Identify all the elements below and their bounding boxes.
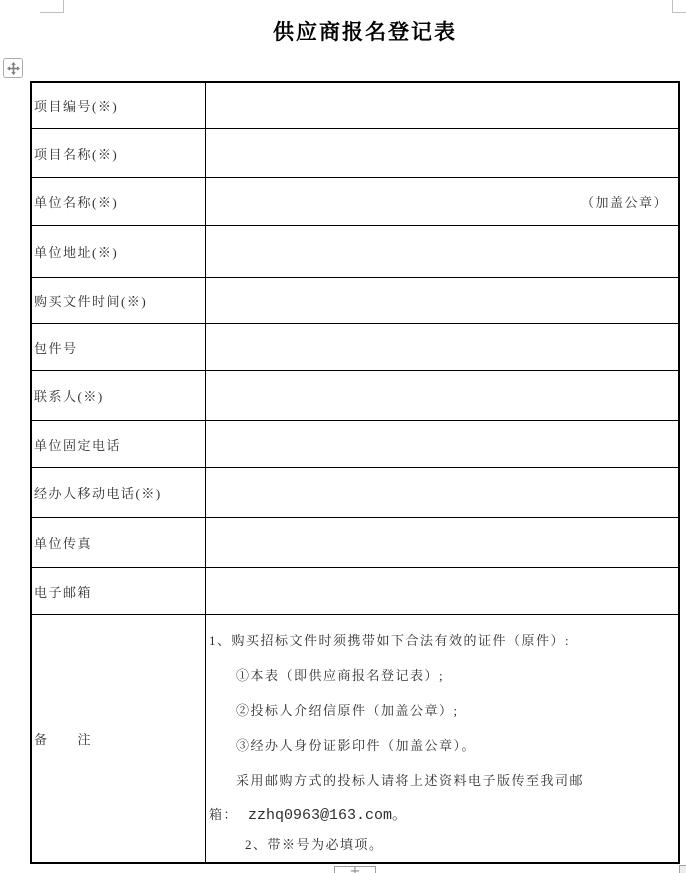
table-row: 项目名称(※) <box>32 129 678 178</box>
row-label: 项目名称(※) <box>32 129 206 177</box>
table-resize-handle[interactable] <box>679 865 686 873</box>
plus-icon: + <box>350 864 361 873</box>
row-label: 单位固定电话 <box>32 421 206 467</box>
table-row: 单位地址(※) <box>32 226 678 278</box>
row-label: 包件号 <box>32 324 206 370</box>
row-value-cell[interactable] <box>206 226 678 277</box>
registration-table: 项目编号(※)项目名称(※)单位名称(※)（加盖公章）单位地址(※)购买文件时间… <box>30 81 680 864</box>
row-value-cell[interactable] <box>206 278 678 323</box>
row-value-cell[interactable] <box>206 421 678 467</box>
table-rows: 项目编号(※)项目名称(※)单位名称(※)（加盖公章）单位地址(※)购买文件时间… <box>32 83 678 615</box>
page-margin-mark-top-right <box>672 0 686 13</box>
table-row: 联系人(※) <box>32 371 678 421</box>
remark-line-text: 1、购买招标文件时须携带如下合法有效的证件（原件）: <box>209 633 570 648</box>
row-value-cell[interactable] <box>206 518 678 567</box>
remark-line-text: ②投标人介绍信原件（加盖公章）; <box>236 703 459 718</box>
row-label: 电子邮箱 <box>32 568 206 614</box>
remark-line: ③经办人身份证影印件（加盖公章）。 <box>209 728 672 763</box>
table-row: 电子邮箱 <box>32 568 678 615</box>
remark-line-text: 2、带※号为必填项。 <box>245 837 384 852</box>
remark-line-text: 采用邮购方式的投标人请将上述资料电子版传至我司邮 <box>236 773 584 788</box>
page-title: 供应商报名登记表 <box>0 16 686 46</box>
move-icon <box>7 62 20 75</box>
remark-line: 2、带※号为必填项。 <box>209 832 672 858</box>
row-value-cell[interactable] <box>206 324 678 370</box>
table-row: 项目编号(※) <box>32 83 678 129</box>
remark-line-text: 箱： <box>209 807 238 822</box>
remark-line: 箱：zzhq0963@163.com。 <box>209 798 672 832</box>
row-value-cell[interactable] <box>206 83 678 128</box>
remark-line: ②投标人介绍信原件（加盖公章）; <box>209 693 672 728</box>
table-row-remark: 备 注 1、购买招标文件时须携带如下合法有效的证件（原件）:①本表（即供应商报名… <box>32 615 678 862</box>
remark-line: 采用邮购方式的投标人请将上述资料电子版传至我司邮 <box>209 763 672 798</box>
page-margin-mark-top-left <box>40 0 64 13</box>
row-label: 购买文件时间(※) <box>32 278 206 323</box>
table-row: 单位固定电话 <box>32 421 678 468</box>
row-label: 单位地址(※) <box>32 226 206 277</box>
table-row: 购买文件时间(※) <box>32 278 678 324</box>
table-row: 经办人移动电话(※) <box>32 468 678 518</box>
row-value-cell[interactable] <box>206 371 678 420</box>
remark-line: 1、购买招标文件时须携带如下合法有效的证件（原件）: <box>209 623 672 658</box>
remark-email: zzhq0963@163.com。 <box>248 807 407 824</box>
row-label: 项目编号(※) <box>32 83 206 128</box>
row-value-cell[interactable] <box>206 568 678 614</box>
row-label-remark: 备 注 <box>32 615 206 862</box>
table-row: 包件号 <box>32 324 678 371</box>
remark-line-text: ①本表（即供应商报名登记表）; <box>236 668 444 683</box>
remark-line-text: ③经办人身份证影印件（加盖公章）。 <box>236 738 476 753</box>
row-value-cell[interactable] <box>206 468 678 517</box>
row-label: 单位名称(※) <box>32 178 206 225</box>
table-move-handle[interactable] <box>3 58 23 78</box>
remark-cell[interactable]: 1、购买招标文件时须携带如下合法有效的证件（原件）:①本表（即供应商报名登记表）… <box>206 615 678 862</box>
table-row: 单位名称(※)（加盖公章） <box>32 178 678 226</box>
row-value-cell[interactable] <box>206 129 678 177</box>
row-label: 经办人移动电话(※) <box>32 468 206 517</box>
bottom-plus-handle[interactable]: + <box>334 866 376 873</box>
table-row: 单位传真 <box>32 518 678 568</box>
row-label: 联系人(※) <box>32 371 206 420</box>
remark-line: ①本表（即供应商报名登记表）; <box>209 658 672 693</box>
row-value-cell[interactable]: （加盖公章） <box>206 178 678 225</box>
row-label: 单位传真 <box>32 518 206 567</box>
